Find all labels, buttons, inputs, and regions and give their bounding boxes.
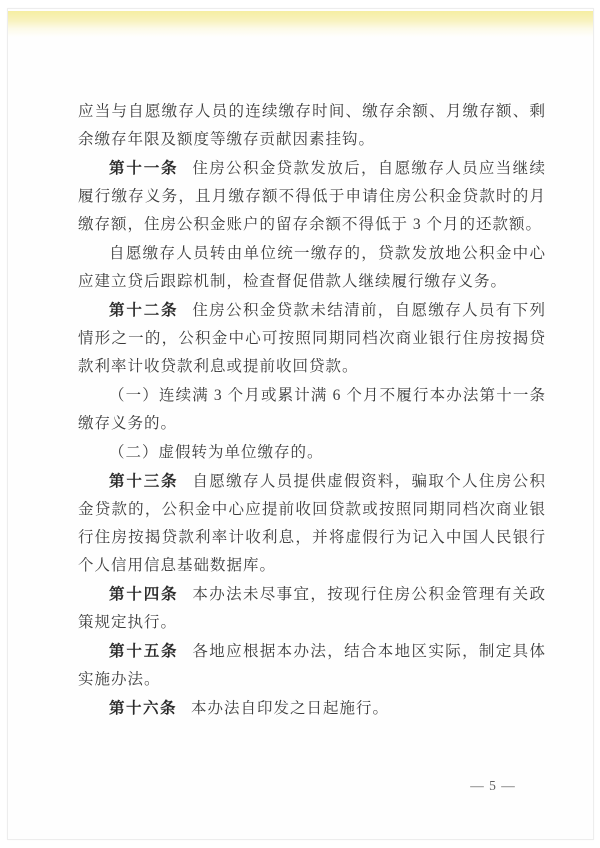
paragraph: 第十五条各地应根据本办法，结合本地区实际，制定具体实施办法。	[78, 638, 546, 694]
article-label: 第十一条	[109, 160, 178, 177]
paragraph: （二）虚假转为单位缴存的。	[78, 439, 546, 467]
paragraph: 第十一条住房公积金贷款发放后，自愿缴存人员应当继续履行缴存义务，且月缴存额不得低…	[78, 155, 546, 239]
article-label: 第十六条	[109, 700, 177, 717]
paragraph: 第十四条本办法未尽事宜，按现行住房公积金管理有关政策规定执行。	[78, 581, 546, 637]
paragraph: 第十三条自愿缴存人员提供虚假资料，骗取个人住房公积金贷款的，公积金中心应提前收回…	[78, 468, 546, 580]
article-label: 第十三条	[109, 473, 178, 490]
document-body: 应当与自愿缴存人员的连续缴存时间、缴存余额、月缴存额、剩余缴存年限及额度等缴存贡…	[78, 98, 546, 724]
article-label: 第十五条	[109, 643, 178, 660]
document-page: 应当与自愿缴存人员的连续缴存时间、缴存余额、月缴存额、剩余缴存年限及额度等缴存贡…	[7, 8, 594, 840]
scanned-document-screenshot: { "meta": { "kind": "scanned official do…	[0, 0, 600, 848]
paragraph: 应当与自愿缴存人员的连续缴存时间、缴存余额、月缴存额、剩余缴存年限及额度等缴存贡…	[78, 98, 546, 154]
page-number: — 5 —	[453, 778, 533, 794]
paragraph: 第十六条本办法自印发之日起施行。	[78, 695, 546, 723]
article-label: 第十二条	[109, 302, 178, 319]
article-label: 第十四条	[109, 586, 178, 603]
paragraph: 自愿缴存人员转由单位统一缴存的，贷款发放地公积金中心应建立贷后跟踪机制，检查督促…	[78, 240, 546, 296]
paragraph: 第十二条住房公积金贷款未结清前，自愿缴存人员有下列情形之一的，公积金中心可按照同…	[78, 297, 546, 381]
scan-highlight-band	[8, 11, 593, 37]
paragraph: （一）连续满 3 个月或累计满 6 个月不履行本办法第十一条缴存义务的。	[78, 382, 546, 438]
